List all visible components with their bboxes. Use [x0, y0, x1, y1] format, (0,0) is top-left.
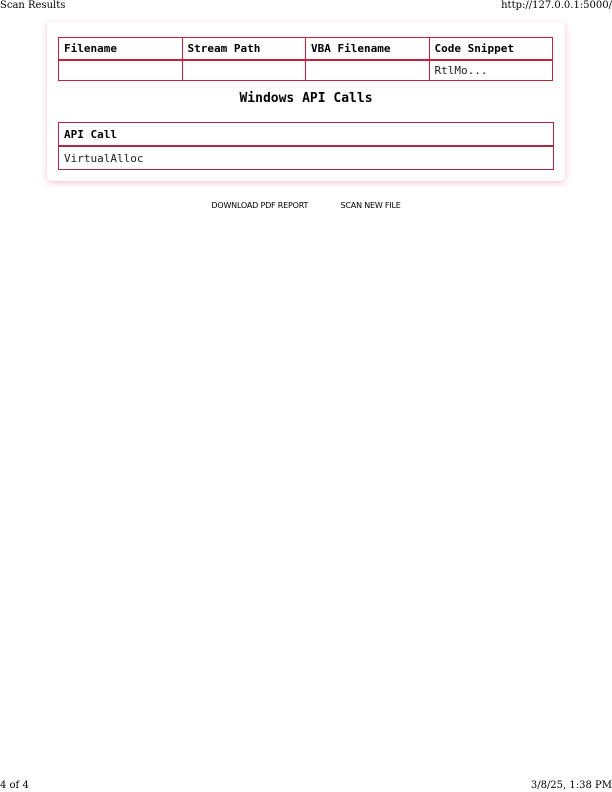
scan-new-file-button[interactable]: SCAN NEW FILE: [341, 201, 401, 210]
print-datetime: 3/8/25, 1:38 PM: [531, 780, 612, 791]
print-page-url: http://127.0.0.1:5000/: [501, 0, 612, 11]
cell-vba-filename: [306, 60, 430, 81]
column-header-vba-filename: VBA Filename: [306, 38, 430, 61]
cell-stream-path: [182, 60, 306, 81]
print-page-title: Scan Results: [0, 0, 65, 11]
api-table-header-row: API Call: [59, 123, 554, 147]
download-pdf-report-button[interactable]: DOWNLOAD PDF REPORT: [211, 201, 308, 210]
cell-filename: [59, 60, 183, 81]
api-calls-table: API Call VirtualAlloc: [58, 122, 554, 170]
page-number: 4 of 4: [0, 780, 29, 791]
table-row: VirtualAlloc: [59, 146, 554, 170]
column-header-api-call: API Call: [59, 123, 554, 147]
column-header-code-snippet: Code Snippet: [429, 38, 553, 61]
table-row: RtlMo...: [59, 60, 553, 81]
macro-table: Filename Stream Path VBA Filename Code S…: [58, 37, 553, 81]
column-header-stream-path: Stream Path: [182, 38, 306, 61]
print-header: Scan Results http://127.0.0.1:5000/: [0, 0, 612, 12]
cell-api-call: VirtualAlloc: [59, 146, 554, 170]
cell-code-snippet: RtlMo...: [429, 60, 553, 81]
api-section-title: Windows API Calls: [47, 91, 565, 106]
print-footer: 4 of 4 3/8/25, 1:38 PM: [0, 780, 612, 792]
macro-table-header-row: Filename Stream Path VBA Filename Code S…: [59, 38, 553, 61]
action-links: DOWNLOAD PDF REPORT SCAN NEW FILE: [0, 201, 612, 210]
column-header-filename: Filename: [59, 38, 183, 61]
